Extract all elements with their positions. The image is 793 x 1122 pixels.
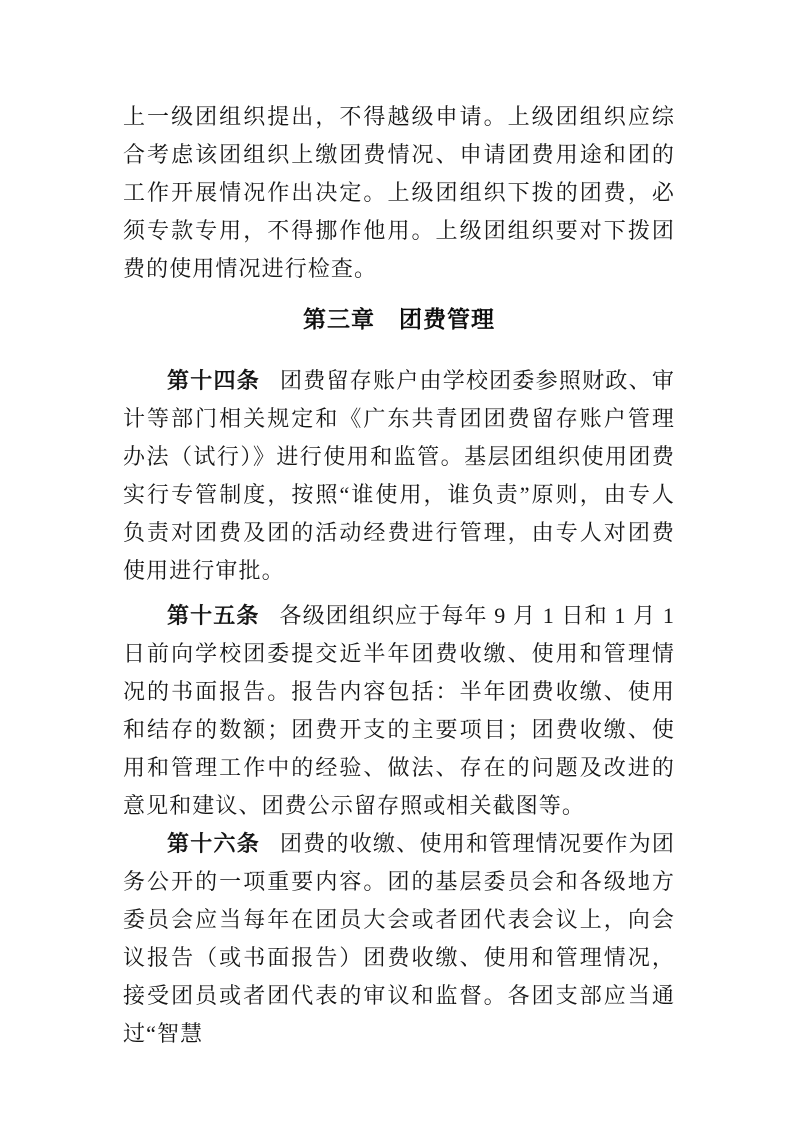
article-14-paragraph: 第十四条团费留存账户由学校团委参照财政、审计等部门相关规定和《广东共青团团费留存…	[123, 362, 675, 590]
article-14-text: 团费留存账户由学校团委参照财政、审计等部门相关规定和《广东共青团团费留存账户管理…	[123, 368, 675, 583]
article-16-label: 第十六条	[167, 831, 260, 856]
chapter-heading: 第三章 团费管理	[123, 300, 675, 338]
article-14-label: 第十四条	[167, 368, 260, 393]
article-16-paragraph: 第十六条团费的收缴、使用和管理情况要作为团务公开的一项重要内容。团的基层委员会和…	[123, 825, 675, 1053]
document-page: 上一级团组织提出，不得越级申请。上级团组织应综合考虑该团组织上缴团费情况、申请团…	[0, 0, 793, 1122]
article-15-label: 第十五条	[167, 603, 260, 628]
article-15-text: 各级团组织应于每年 9 月 1 日和 1 月 1 日前向学校团委提交近半年团费收…	[123, 603, 675, 818]
article-15-paragraph: 第十五条各级团组织应于每年 9 月 1 日和 1 月 1 日前向学校团委提交近半…	[123, 597, 675, 825]
article-16-text: 团费的收缴、使用和管理情况要作为团务公开的一项重要内容。团的基层委员会和各级地方…	[123, 831, 675, 1046]
paragraph-continuation: 上一级团组织提出，不得越级申请。上级团组织应综合考虑该团组织上缴团费情况、申请团…	[123, 98, 675, 288]
